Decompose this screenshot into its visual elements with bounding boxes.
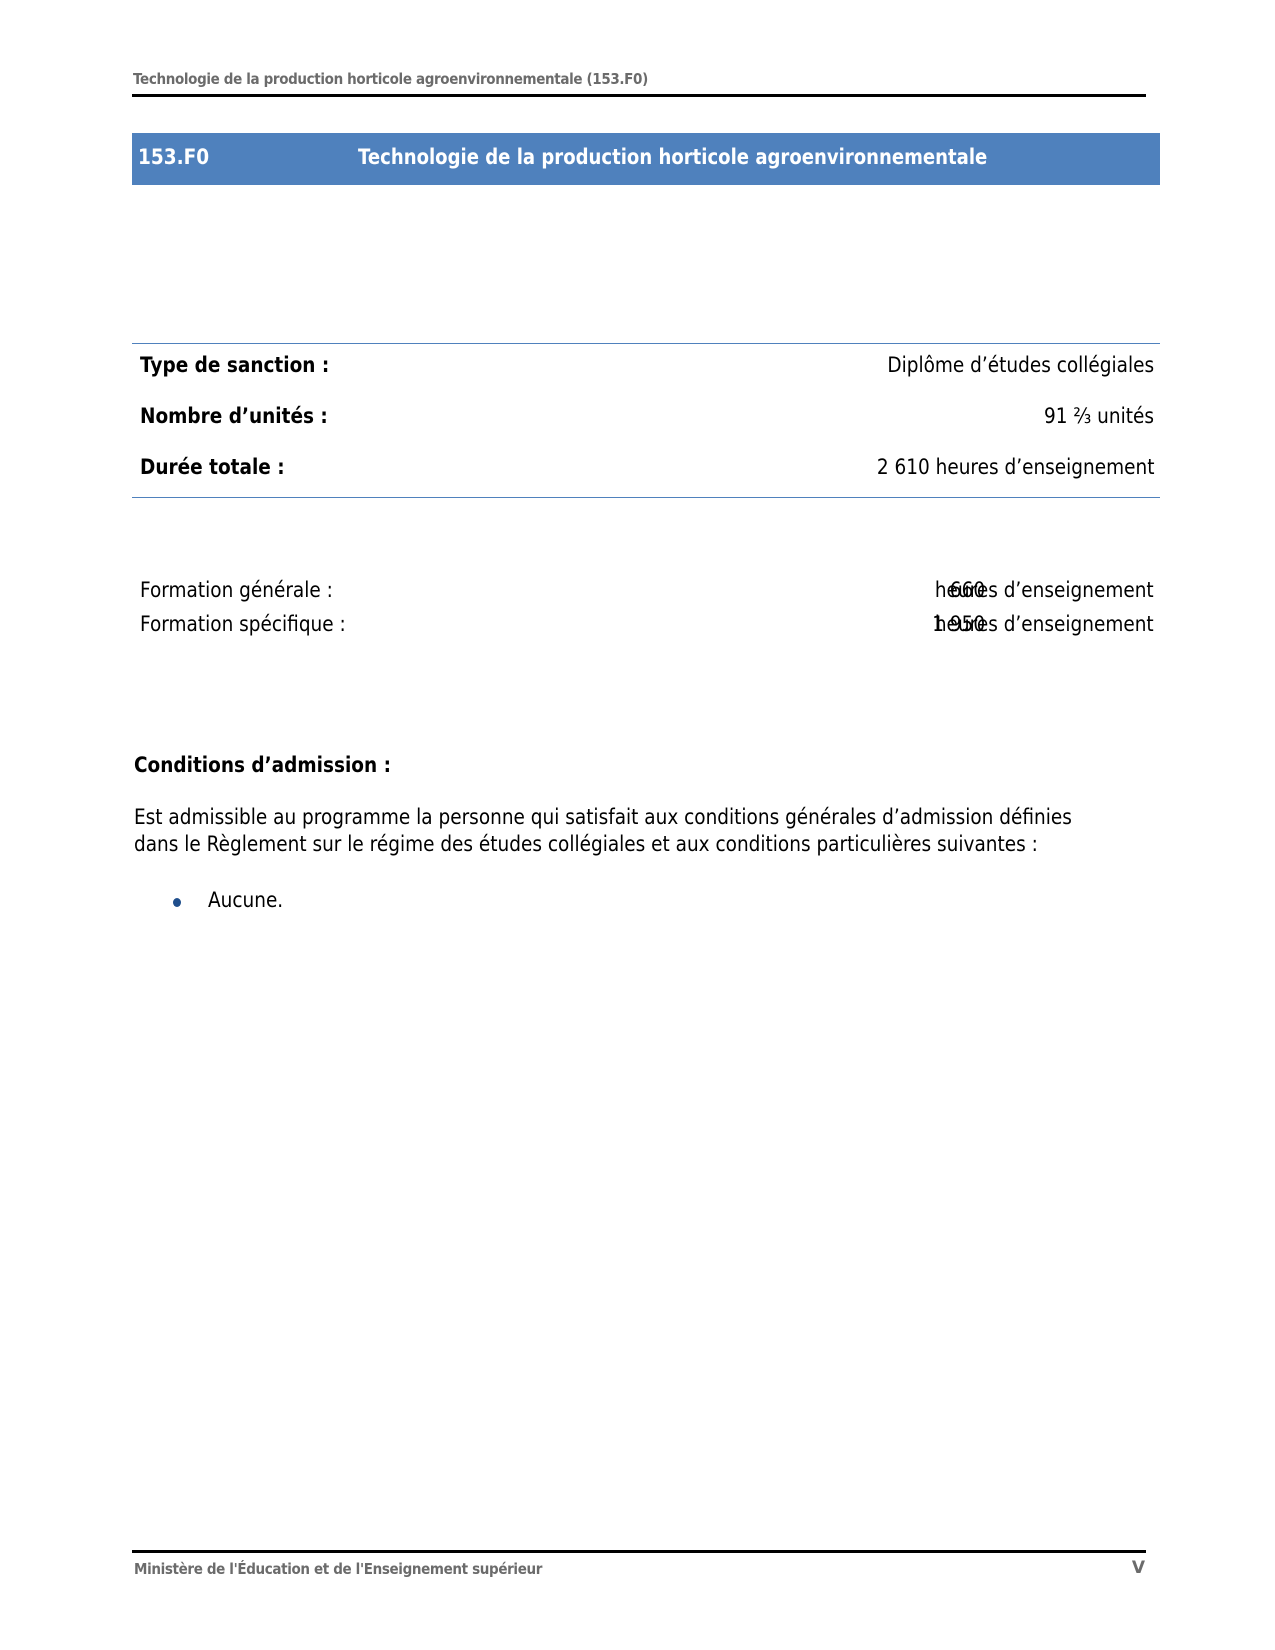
- summary-top-rule: [132, 343, 1160, 344]
- formation-general-label: Formation générale :: [140, 578, 333, 602]
- program-title: Technologie de la production horticole a…: [358, 145, 987, 169]
- formation-general-unit: heures d’enseignement: [935, 578, 1154, 602]
- summary-value-units: 91 ⅔ unités: [1044, 404, 1154, 428]
- admission-heading: Conditions d’admission :: [134, 753, 391, 777]
- header-rule: [132, 94, 1146, 97]
- summary-value-duration: 2 610 heures d’enseignement: [876, 455, 1154, 479]
- program-code: 153.F0: [138, 145, 209, 169]
- summary-bottom-rule: [132, 497, 1160, 498]
- formation-specific-label: Formation spécifique :: [140, 612, 346, 636]
- summary-label-sanction: Type de sanction :: [140, 353, 329, 377]
- footer-rule: [132, 1550, 1146, 1553]
- page-number: V: [1132, 1558, 1145, 1578]
- summary-value-sanction: Diplôme d’études collégiales: [887, 353, 1154, 377]
- running-header: Technologie de la production horticole a…: [133, 70, 648, 88]
- admission-paragraph-line: Est admissible au programme la personne …: [134, 805, 1072, 829]
- summary-label-duration: Durée totale :: [140, 455, 285, 479]
- admission-paragraph-line: dans le Règlement sur le régime des étud…: [134, 832, 1038, 856]
- admission-bullet-item: Aucune.: [208, 888, 283, 912]
- formation-specific-unit: heures d’enseignement: [935, 612, 1154, 636]
- summary-label-units: Nombre d’unités :: [140, 404, 328, 428]
- footer-ministry: Ministère de l'Éducation et de l'Enseign…: [134, 1560, 542, 1578]
- bullet-icon: [173, 898, 181, 907]
